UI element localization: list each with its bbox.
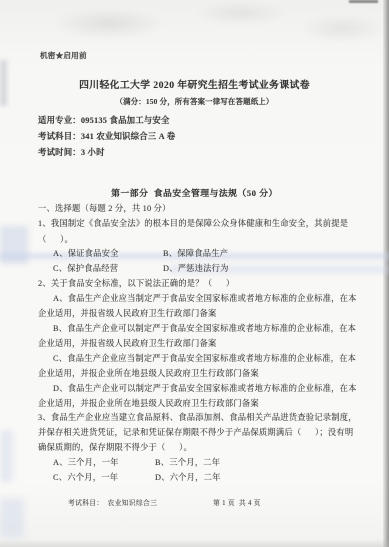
question-1-option-a: A、保证食品安全	[53, 247, 119, 259]
question-3-option-c: C、六个月，一年	[53, 471, 118, 483]
info-line-duration: 考试时间：3 小时	[38, 146, 105, 158]
question-1-stem-line-1: 1、我国制定《食品安全法》的根本目的是保障公众身体健康和生命安全，其前提是	[38, 217, 348, 229]
question-1-option-b: B、保障食品生产	[163, 247, 228, 259]
question-3-option-d: D、六个月，二年	[155, 471, 221, 483]
question-2-option-b-line-2: 企业适用，并报省级人民政府卫生行政部门备案	[38, 337, 216, 349]
question-3-stem-line-2: 并保存相关进货凭证，记录和凭证保存期限不得少于产品保质期满后（ ）；没有明	[38, 426, 353, 438]
question-3-option-a: A、三个月，一年	[53, 456, 119, 468]
footer-subject: 考试科目： 农业知识综合三	[68, 497, 157, 507]
section-heading: 第一部分 食品安全管理与法规（50 分）	[0, 186, 389, 199]
question-3-option-b: B、三个月，二年	[155, 456, 220, 468]
question-type-heading: 一、选择题（每题 2 分，共 10 分）	[38, 202, 171, 214]
question-2-option-c-line-1: C、食品生产企业应当制定严于食品安全国家标准或者地方标准的企业标准，在本	[53, 352, 356, 364]
question-1-option-d: D、严惩违法行为	[163, 262, 229, 274]
question-2-option-a-line-2: 企业适用，并报省级人民政府卫生行政部门备案	[38, 307, 216, 319]
scan-edge-bottom	[0, 539, 389, 547]
question-2-option-b-line-1: B、食品生产企业可以制定严于食品安全国家标准或者地方标准的企业标准，在本	[53, 322, 356, 334]
question-2-option-d-line-2: 企业适用，并报企业所在地县级人民政府卫生行政部门备案	[38, 397, 259, 409]
footer-page-number: 第 1 页 共 4 页	[213, 497, 261, 507]
question-2-option-d-line-1: D、食品生产企业可以制定严于食品安全国家标准或者地方标准的企业标准，在本	[53, 382, 357, 394]
question-2-option-c-line-2: 企业适用，并报企业所在地县级人民政府卫生行政部门备案	[38, 367, 259, 379]
scan-smudge-left-bottom	[0, 498, 24, 538]
info-line-subject: 考试科目：341 农业知识综合三 A 卷	[38, 130, 175, 142]
scan-mark-top-right	[349, 0, 378, 3]
info-line-major: 适用专业：095135 食品加工与安全	[38, 114, 170, 126]
scan-smudge-left-lower	[0, 430, 13, 482]
exam-subtitle: （满分：150 分，所有答案一律写在答题纸上）	[0, 96, 389, 107]
question-3-stem-line-1: 3、食品生产企业应当建立食品原料、食品添加剂、食品相关产品进货查验记录制度，	[38, 411, 357, 423]
scan-mottle-top	[0, 0, 389, 52]
question-1-option-c: C、保护食品经营	[53, 262, 118, 274]
security-label: 机密★启用前	[40, 50, 87, 61]
exam-title: 四川轻化工大学 2020 年研究生招生考试业务课试卷	[0, 77, 389, 91]
scan-smudge-left-middle	[0, 226, 28, 264]
question-2-option-a-line-1: A、食品生产企业应当制定严于食品安全国家标准或者地方标准的企业标准，在本	[53, 292, 357, 304]
question-2-stem: 2、关于食品安全标准，以下说法正确的是？（ ）	[38, 277, 234, 289]
question-3-stem-line-3: 确保质期的，保存期限不得少于（ ）。	[38, 441, 192, 453]
scanned-exam-page: 机密★启用前 四川轻化工大学 2020 年研究生招生考试业务课试卷 （满分：15…	[0, 0, 389, 547]
question-1-stem-line-2: （ ）。	[38, 233, 73, 245]
